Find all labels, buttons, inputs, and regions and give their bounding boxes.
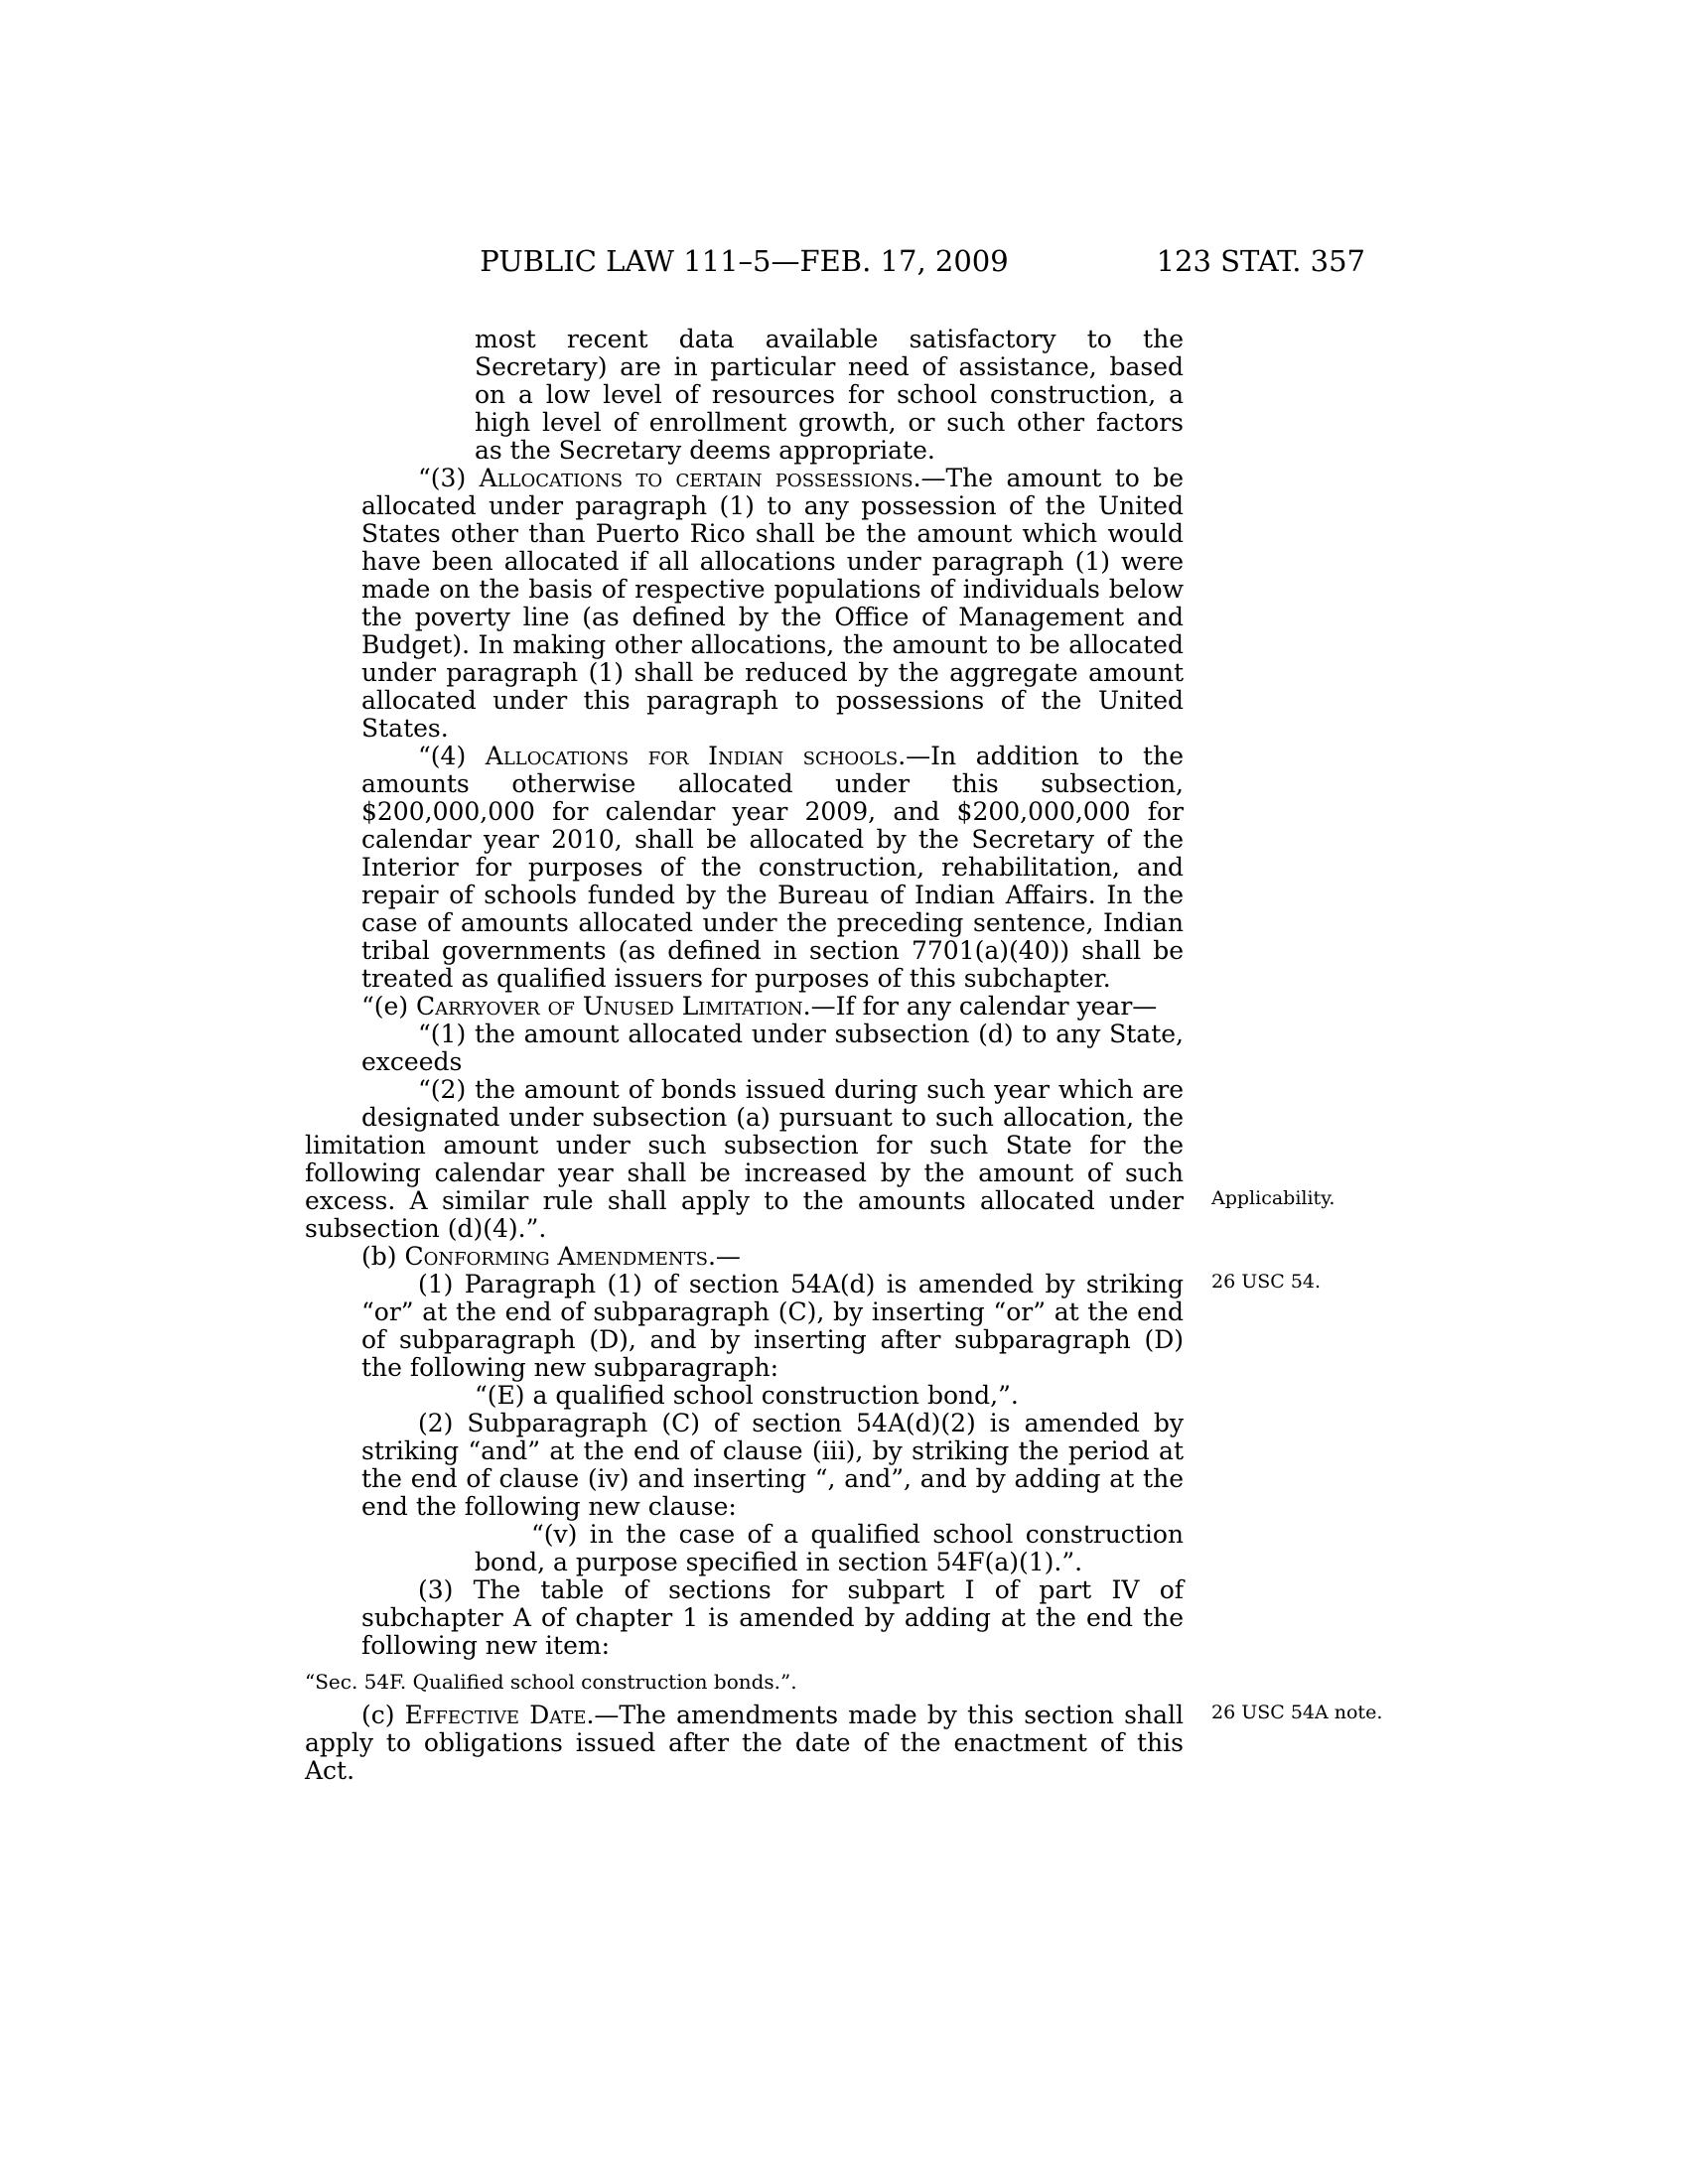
paragraph-e1: “(1) the amount allocated under subsecti…: [361, 1021, 1184, 1076]
text-run: (3) The table of sections for subpart I …: [361, 1575, 1184, 1660]
text-run: (1) Paragraph (1) of section 54A(d) is a…: [361, 1270, 1184, 1382]
smallcaps-heading: Effective Date: [405, 1701, 587, 1729]
margin-note: 26 USC 54A note.: [1211, 1702, 1382, 1724]
smallcaps-heading: Allocations for Indian schools: [486, 742, 898, 770]
margin-note: Applicability.: [1211, 1187, 1335, 1210]
text-run: .—If for any calendar year—: [803, 992, 1158, 1021]
text-run: (b): [361, 1242, 404, 1271]
indent-spacer: [305, 1076, 361, 1132]
smallcaps-heading: Conforming Amendments: [404, 1242, 708, 1271]
paragraph-d4-indian-schools: “(4) Allocations for Indian schools.—In …: [361, 743, 1184, 993]
body-column: most recent data available satisfactory …: [305, 326, 1184, 1785]
text-run: (2) Subparagraph (C) of section 54A(d)(2…: [361, 1409, 1184, 1521]
smallcaps-heading: Allocations to certain possessions: [480, 464, 914, 492]
paragraph-b2-v: “(v) in the case of a qualified school c…: [475, 1521, 1184, 1576]
text-run: “(4): [418, 742, 486, 770]
paragraph-d3-possessions: “(3) Allocations to certain possessions.…: [361, 465, 1184, 743]
page-root: PUBLIC LAW 111–5—FEB. 17, 2009 123 STAT.…: [0, 0, 1688, 2184]
text-run: “(2) the amount of bonds issued during s…: [305, 1075, 1184, 1243]
header-stat-number: 123 STAT. 357: [1157, 244, 1365, 278]
paragraph-b1: (1) Paragraph (1) of section 54A(d) is a…: [361, 1271, 1184, 1382]
paragraph-b3: (3) The table of sections for subpart I …: [361, 1576, 1184, 1660]
text-run: “(e): [361, 992, 416, 1021]
margin-note: 26 USC 54.: [1211, 1271, 1321, 1294]
smallcaps-heading: Carryover of Unused Limitation: [416, 992, 803, 1021]
paragraph-sec-54f-item: “Sec. 54F. Qualified school construction…: [305, 1670, 1184, 1694]
paragraph-e2: “(2) the amount of bonds issued during s…: [305, 1076, 1184, 1243]
page-header: PUBLIC LAW 111–5—FEB. 17, 2009 123 STAT.…: [305, 244, 1365, 278]
paragraph-b1-E: “(E) a qualified school construction bon…: [475, 1382, 1184, 1410]
paragraph-c-effective-date: (c) Effective Date.—The amendments made …: [305, 1702, 1184, 1785]
paragraph-b-conforming: (b) Conforming Amendments.—: [305, 1243, 1184, 1271]
text-run: .—In addition to the amounts otherwise a…: [361, 742, 1184, 993]
text-run: .—: [708, 1242, 741, 1271]
text-run: “(3): [418, 464, 480, 492]
text-run: .—The amount to be allocated under parag…: [361, 464, 1184, 743]
text-run: (c): [361, 1701, 405, 1729]
paragraph-b2: (2) Subparagraph (C) of section 54A(d)(2…: [361, 1410, 1184, 1521]
paragraph-d2-runover: most recent data available satisfactory …: [475, 326, 1184, 465]
text-run: “(E) a qualified school construction bon…: [475, 1381, 1019, 1410]
text-run: “Sec. 54F. Qualified school construction…: [305, 1670, 797, 1694]
text-run: “(1) the amount allocated under subsecti…: [361, 1020, 1184, 1076]
text-run: “(v) in the case of a qualified school c…: [475, 1520, 1184, 1576]
paragraph-e-carryover: “(e) Carryover of Unused Limitation.—If …: [305, 993, 1184, 1021]
header-law-title: PUBLIC LAW 111–5—FEB. 17, 2009: [305, 244, 1184, 278]
text-run: most recent data available satisfactory …: [475, 325, 1184, 465]
